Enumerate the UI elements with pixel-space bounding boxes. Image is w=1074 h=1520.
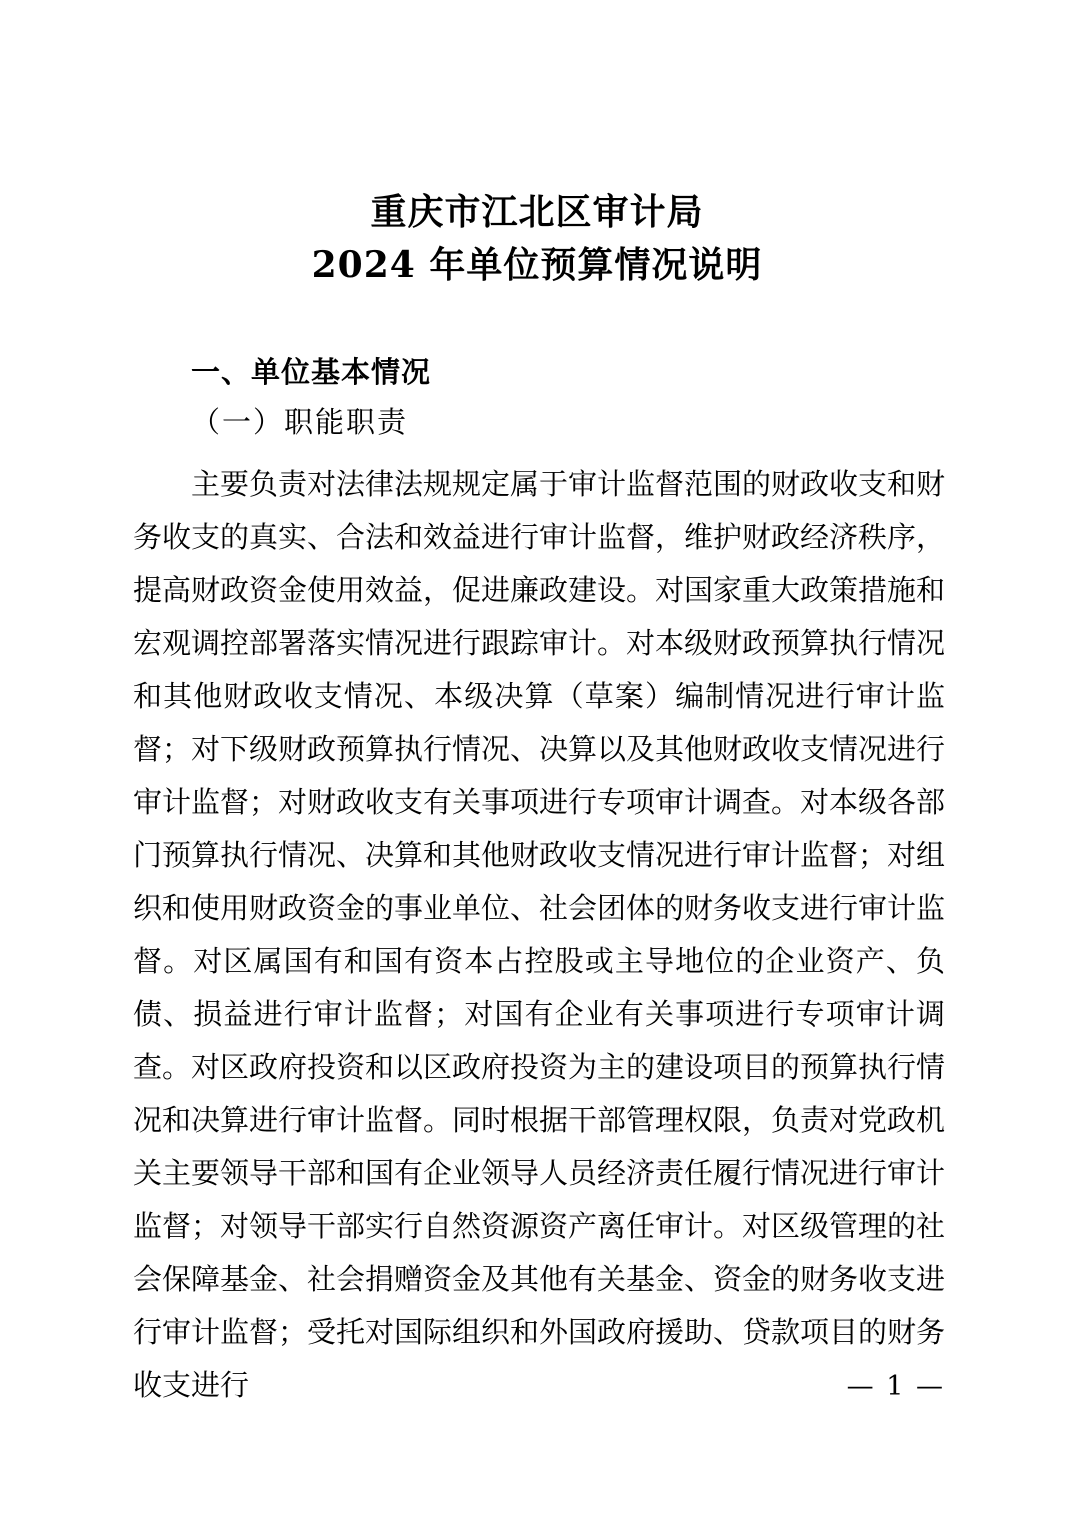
document-title-line-1: 重庆市江北区审计局 xyxy=(0,186,1074,239)
section-heading-basic-info: 一、单位基本情况 xyxy=(133,352,945,392)
duties-paragraph: 主要负责对法律法规规定属于审计监督范围的财政收支和财务收支的真实、合法和效益进行… xyxy=(133,458,945,1412)
page-number: — 1 — xyxy=(847,1372,945,1402)
document-page: 重庆市江北区审计局 2024 年单位预算情况说明 一、单位基本情况 （一）职能职… xyxy=(0,0,1074,1520)
document-title: 重庆市江北区审计局 2024 年单位预算情况说明 xyxy=(0,186,1074,292)
document-title-line-2: 2024 年单位预算情况说明 xyxy=(0,239,1074,292)
subsection-heading-duties: （一）职能职责 xyxy=(133,402,945,442)
